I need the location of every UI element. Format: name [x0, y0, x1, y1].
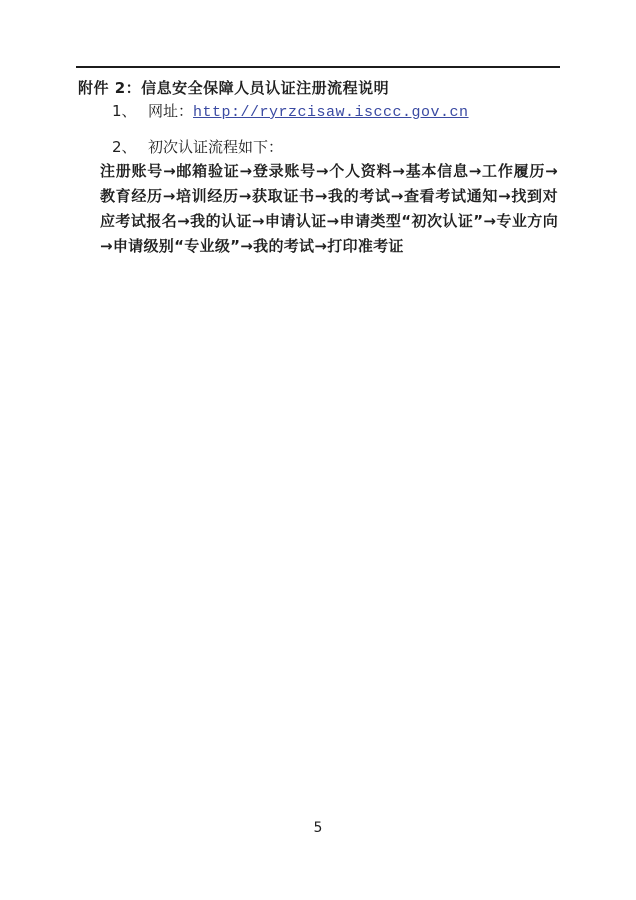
list-item-flow-intro: 2、初次认证流程如下：: [112, 136, 283, 157]
certification-flow-paragraph: 注册账号→邮箱验证→登录账号→个人资料→基本信息→工作履历→教育经历→培训经历→…: [100, 159, 558, 259]
attachment-heading: 附件 2：信息安全保障人员认证注册流程说明: [78, 77, 389, 98]
flow-intro-label: 初次认证流程如下：: [148, 138, 283, 156]
header-rule: [76, 66, 560, 68]
website-label: 网址：: [148, 102, 193, 120]
page-number: 5: [0, 820, 636, 836]
list-item-website: 1、网址：http://ryrzcisaw.isccc.gov.cn: [112, 100, 469, 121]
document-page: 附件 2：信息安全保障人员认证注册流程说明 1、网址：http://ryrzci…: [0, 0, 636, 900]
list-number-2: 2、: [112, 136, 148, 157]
registration-url-link[interactable]: http://ryrzcisaw.isccc.gov.cn: [193, 104, 469, 121]
list-number-1: 1、: [112, 100, 148, 121]
